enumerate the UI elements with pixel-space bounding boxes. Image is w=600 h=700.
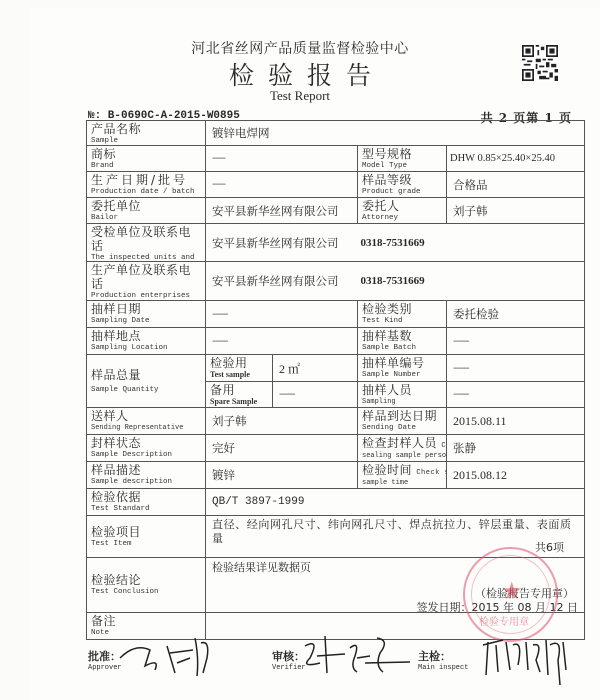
test-item-count: 共6项 xyxy=(535,539,564,555)
verifier-signature-icon xyxy=(295,628,410,678)
label-sampling-date: 抽样日期 Sampling Date xyxy=(86,300,206,328)
approver-signature-icon xyxy=(115,628,215,678)
value-sampling-location: ------ xyxy=(205,327,358,355)
value-sending-representative: 刘子韩 xyxy=(205,407,358,435)
label-product-grade: 样品等级 Product grade xyxy=(357,171,447,198)
main-inspect-signature-icon xyxy=(478,630,573,690)
value-model-type: DHW 0.85×25.40×25.40 xyxy=(446,145,585,172)
value-spare-sample: ------ xyxy=(272,381,358,408)
value-seal-state: 完好 xyxy=(205,434,358,462)
value-test-standard: QB/T 3897-1999 xyxy=(205,488,585,516)
label-seal-state: 封样状态 Sample Description xyxy=(86,434,206,462)
value-sampling-date: ------ xyxy=(205,300,358,328)
label-test-item: 检验项目 Test Item xyxy=(86,515,206,558)
value-attorney: 刘子韩 xyxy=(446,197,585,224)
value-check-sealing-personnel: 张静 xyxy=(446,434,585,462)
label-sample-batch: 抽样基数 Sample Batch xyxy=(357,327,447,355)
production-enterprises-name: 安平县新华丝网有限公司 xyxy=(212,273,339,289)
label-production-enterprises: 生产单位及联系电话 Production enterprises and con… xyxy=(86,261,206,301)
value-sample-number: ------ xyxy=(446,354,585,382)
value-bailor: 安平县新华丝网有限公司 xyxy=(205,197,358,224)
label-check-sealing-personnel: 检查封样人员 Check sealing sample personnel xyxy=(357,434,447,462)
label-model-type: 型号规格 Model Type xyxy=(357,145,447,172)
value-test-sample: 2 ㎡ xyxy=(272,354,358,382)
qr-code-icon xyxy=(522,45,558,81)
label-sending-date: 样品到达日期 Sending Date xyxy=(357,407,447,435)
label-inspected-units: 受检单位及联系电话 The inspected units and contac… xyxy=(86,223,206,262)
label-test-standard: 检验依据 Test Standard xyxy=(86,488,206,516)
label-test-conclusion: 检验结论 Test Conclusion xyxy=(86,557,206,613)
label-test-sample: 检验用 Test sample xyxy=(205,354,273,382)
label-sampling-representative: 抽样人员 Sampling Representative xyxy=(357,381,447,408)
label-brand: 商标 Brand xyxy=(86,145,206,172)
value-check-sealing-time: 2015.08.12 xyxy=(446,461,585,489)
label-test-kind: 检验类别 Test Kind xyxy=(357,300,447,328)
value-inspected-units: 安平县新华丝网有限公司 0318-7531669 xyxy=(205,223,585,262)
label-sample-quantity: 样品总量 Sample Quantity xyxy=(86,354,206,408)
value-sending-date: 2015.08.11 xyxy=(446,407,585,435)
star-icon: ★ xyxy=(501,577,523,605)
production-enterprises-phone: 0318-7531669 xyxy=(361,275,425,287)
inspected-units-phone: 0318-7531669 xyxy=(361,237,425,249)
main-inspect-signature-block: 主检： Main inspect xyxy=(418,648,468,672)
value-sampling-representative: ------ xyxy=(446,381,585,408)
label-attorney: 委托人 Attorney xyxy=(357,197,447,224)
label-sending-representative: 送样人 Sending Representative xyxy=(86,407,206,435)
report-title: 检验报告 xyxy=(0,56,600,92)
organization-name: 河北省丝网产品质量监督检验中心 xyxy=(0,38,600,58)
value-brand: ----- xyxy=(205,145,358,172)
label-production-date: 生产日期/批号 Production date / batch xyxy=(86,171,206,198)
value-sample: 镀锌电焊网 xyxy=(205,120,585,146)
value-test-kind: 委托检验 xyxy=(446,300,585,328)
label-spare-sample: 备用 Spare Sample xyxy=(205,381,273,408)
report-title-en: Test Report xyxy=(0,88,600,104)
label-check-sealing-time: 检验时间 Check sealing sample time xyxy=(357,461,447,489)
value-production-date: ----- xyxy=(205,171,358,198)
label-bailor: 委托单位 Bailor xyxy=(86,197,206,224)
value-production-enterprises: 安平县新华丝网有限公司 0318-7531669 xyxy=(205,261,585,301)
label-sample-description: 样品描述 Sample description xyxy=(86,461,206,489)
value-product-grade: 合格品 xyxy=(446,171,585,198)
inspected-units-name: 安平县新华丝网有限公司 xyxy=(212,235,339,251)
value-sample-batch: ------ xyxy=(446,327,585,355)
value-sample-description: 镀锌 xyxy=(205,461,358,489)
label-sample: 产品名称 Sample xyxy=(86,120,206,146)
label-sampling-location: 抽样地点 Sampling Location xyxy=(86,327,206,355)
official-stamp: ★ 检验专用章 xyxy=(463,547,558,642)
label-sample-number: 抽样单编号 Sample Number xyxy=(357,354,447,382)
